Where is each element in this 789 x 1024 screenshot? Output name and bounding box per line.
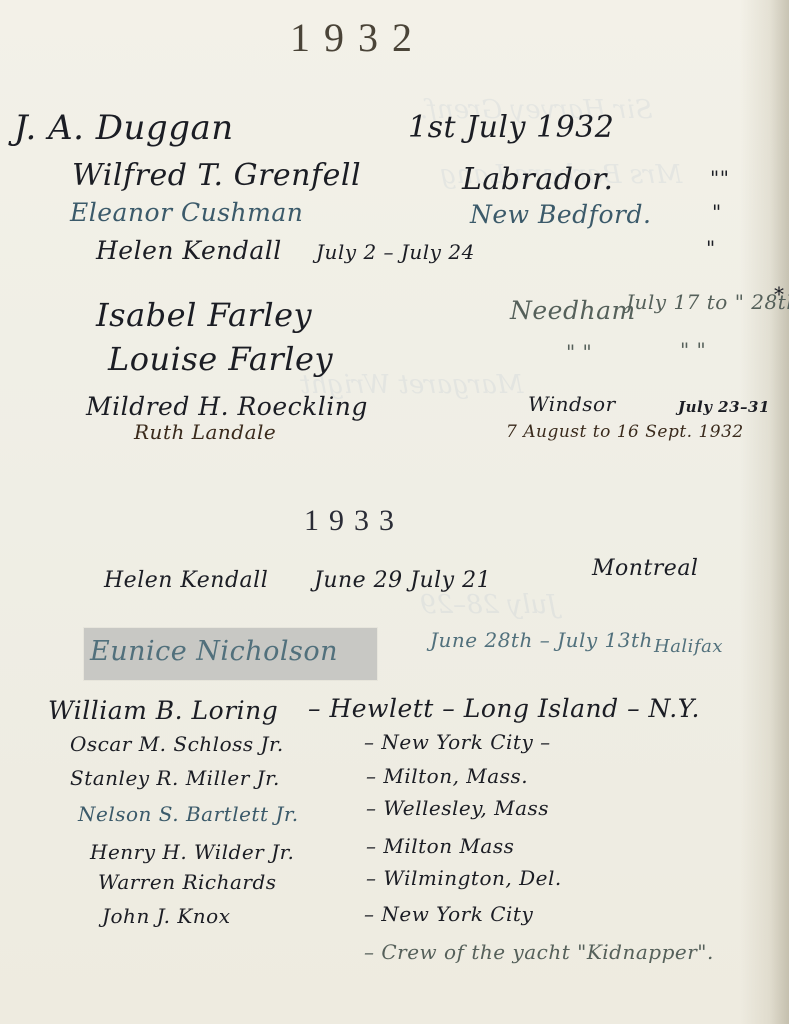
entry-dates: July 17 to " 28th	[626, 290, 789, 314]
entry-place: Labrador.	[462, 162, 614, 197]
crew-note: – Crew of the yacht "Kidnapper".	[364, 940, 714, 964]
entry-dates: " "	[680, 338, 706, 362]
signature: Eunice Nicholson	[90, 636, 338, 667]
signature: William B. Loring	[48, 696, 278, 725]
entry-dates: June 28th – July 13th	[430, 628, 653, 652]
entry-dates: June 29 July 21	[314, 568, 491, 593]
signature: Oscar M. Schloss Jr.	[70, 732, 284, 756]
year-heading-1933: 1933	[304, 504, 404, 538]
bleed-through-text: July 28–29	[420, 590, 558, 620]
signature: John J. Knox	[102, 904, 231, 928]
entry-place: – Hewlett – Long Island – N.Y.	[308, 694, 700, 723]
entry-dates: July 2 – July 24	[316, 240, 475, 264]
signature: Warren Richards	[98, 870, 277, 894]
entry-place: New Bedford.	[470, 200, 651, 229]
ditto-mark: "	[706, 236, 716, 260]
entry-place: Halifax	[654, 636, 723, 657]
pasted-signature-label: Eunice Nicholson	[84, 628, 377, 680]
signature: Isabel Farley	[96, 296, 312, 334]
asterisk-mark: *	[774, 282, 785, 306]
signature: Helen Kendall	[96, 236, 282, 265]
entry-place: – Milton, Mass.	[366, 764, 528, 788]
signature: Louise Farley	[108, 340, 333, 378]
signature: Mildred H. Roeckling	[86, 392, 368, 421]
entry-dates: 7 August to 16 Sept. 1932	[506, 422, 744, 442]
entry-place: – Wellesley, Mass	[366, 796, 549, 820]
entry-place: Windsor	[528, 392, 616, 416]
entry-place: Needham	[510, 296, 636, 325]
entry-place: – Milton Mass	[366, 834, 514, 858]
signature: Eleanor Cushman	[70, 198, 303, 227]
entry-place: – New York City	[364, 902, 533, 926]
entry-date: 1st July 1932	[408, 110, 614, 145]
signature: Helen Kendall	[104, 568, 268, 593]
entry-place: Montreal	[592, 556, 698, 581]
signature: Henry H. Wilder Jr.	[90, 840, 294, 864]
year-heading-1932: 1932	[290, 14, 426, 61]
signature: Nelson S. Bartlett Jr.	[78, 802, 299, 826]
signature: Ruth Landale	[134, 420, 276, 444]
entry-dates: July 23–31	[678, 398, 770, 416]
signature: J. A. Duggan	[14, 108, 234, 148]
signature: Wilfred T. Grenfell	[72, 158, 361, 193]
entry-place: – Wilmington, Del.	[366, 866, 562, 890]
ditto-mark: ""	[710, 166, 729, 190]
entry-place: " "	[566, 340, 592, 364]
guestbook-page: Sir Harvey Grenf. Mrs Barbara Lang Marga…	[0, 0, 789, 1024]
signature: Stanley R. Miller Jr.	[70, 766, 280, 790]
ditto-mark: "	[712, 200, 722, 224]
entry-place: – New York City –	[364, 730, 551, 754]
